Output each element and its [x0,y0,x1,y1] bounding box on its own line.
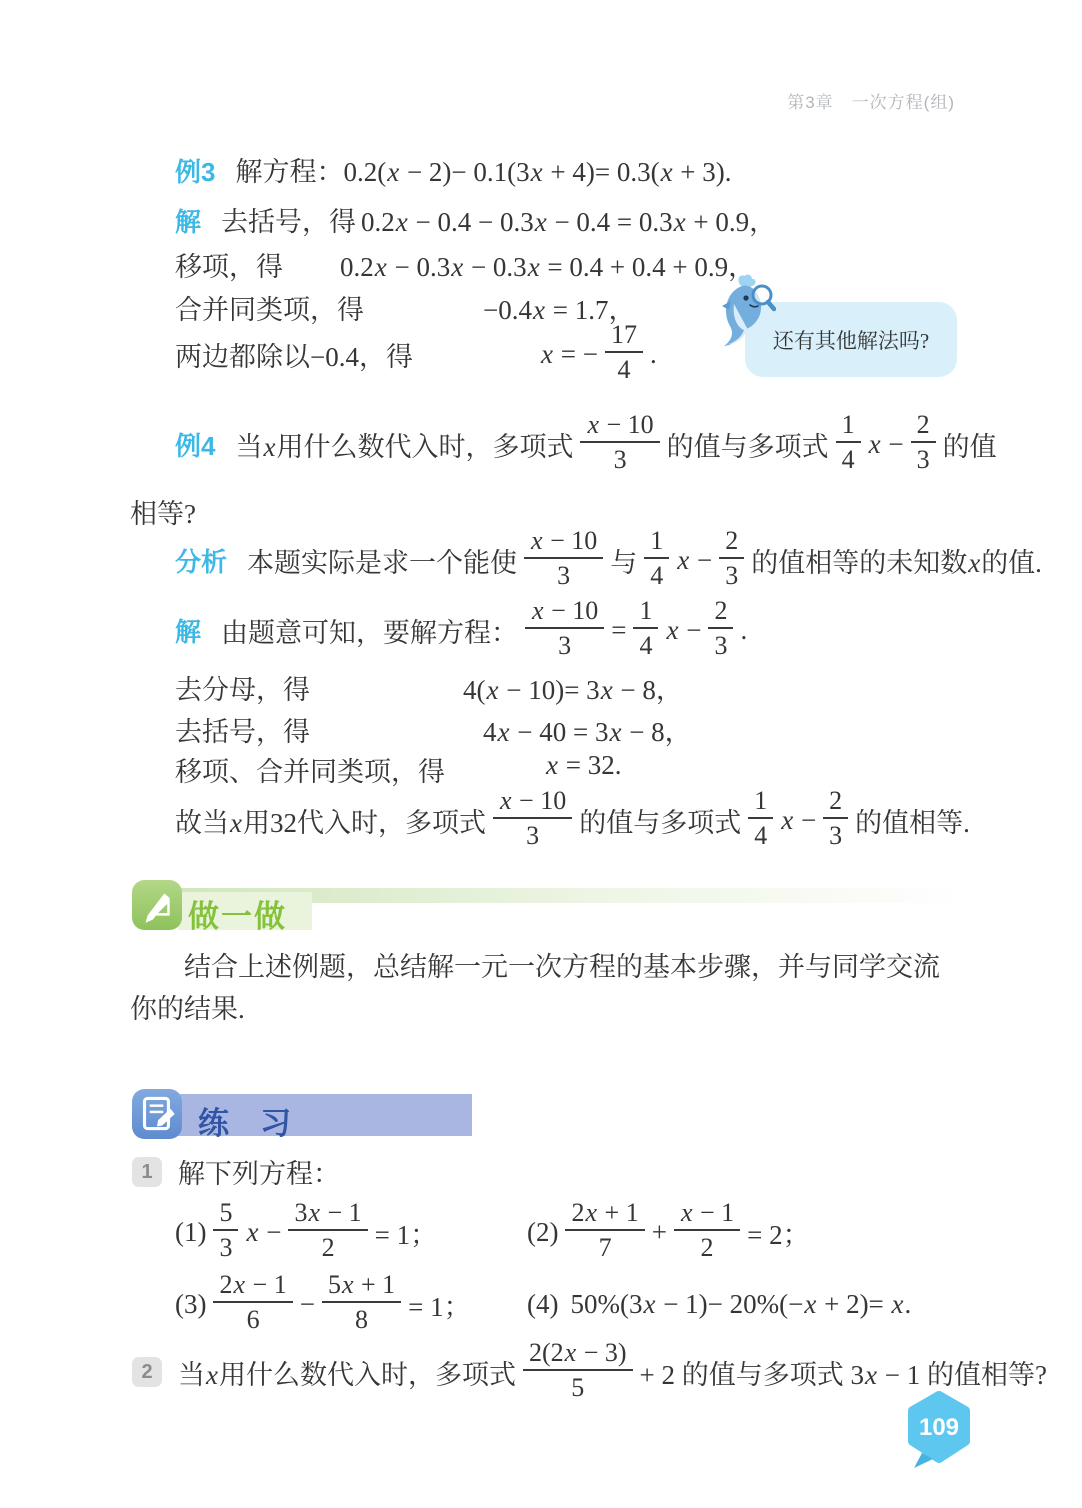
ex4-question-continuation: 相等? [130,492,196,531]
ex3-step4-equation: x = − 17 4 . [540,322,657,386]
ex4-solve-pre: 由题意可知，要解方程： [221,611,518,650]
ex3-step4-eq-pre: x = − [540,339,598,370]
fraction-x-10-3: x − 10 3 [493,786,572,850]
fraction-2x-1-6: 2x − 1 6 [213,1270,292,1334]
equals-sign: = [611,615,626,646]
ex4-step1-lead: 去分母，得 [175,675,310,705]
ex4-analysis-x-minus: x − [676,545,712,576]
eq4-expression: 50%(3x − 1)− 20%(−x + 2)= x. [570,1289,911,1320]
ex3-solve-label: 解 [175,207,201,237]
ex4-step3: 移项、合并同类项，得 x = 32. [175,750,445,789]
speech-bubble: 还有其他解法吗? [745,302,957,377]
ex4-analysis-label: 分析 [175,542,227,579]
dolphin-mascot-icon [712,274,776,350]
ex3-step1-lead: 去括号，得 [221,207,356,237]
fraction-x-1-2: x − 1 2 [674,1198,740,1262]
practice-item-1: 1 解下列方程： [132,1152,340,1191]
ex4-question-post: 的值 [943,425,997,464]
item-number-badge: 1 [132,1157,162,1187]
fraction-x-10-3: x − 10 3 [580,410,659,474]
ex3-problem-line: 例3解方程：0.2(x − 2)− 0.1(3x + 4)= 0.3(x + 3… [175,150,732,189]
fraction-1-4: 1 4 [748,786,773,850]
fraction-5x-1-8: 5x + 1 8 [322,1270,401,1334]
ex4-analysis-post: 的值相等的未知数x的值. [751,541,1042,580]
ex4-step2-lead: 去括号，得 [175,717,310,747]
fraction-1-4: 1 4 [836,410,861,474]
ex4-step3-equation: x = 32. [545,750,621,781]
eq3-post: = 1； [408,1285,470,1324]
ex4-step2: 去括号，得 4x − 40 = 3x − 8， [175,710,310,749]
ex3-step2-equation: 0.2x − 0.3x − 0.3x = 0.4 + 0.4 + 0.9， [340,245,755,284]
fraction-2-3: 2 3 [823,786,848,850]
practice-item2-pre: 当x用什么数代入时，多项式 [178,1353,516,1392]
practice-section-title: 练 习 [198,1098,291,1143]
ex3-step4-lead: 两边都除以−0.4，得 [175,335,413,374]
notebook-pencil-icon [132,1089,182,1144]
page-number-text: 109 [919,1414,959,1441]
speech-bubble-text: 还有其他解法吗? [773,325,929,355]
ex4-step1-equation: 4(x − 10)= 3x − 8， [463,668,683,707]
ex4-conclusion-post: 的值相等. [855,801,970,840]
chapter-header: 第3章 一次方程(组) [787,88,955,113]
ex4-step1: 去分母，得 4(x − 10)= 3x − 8， [175,668,310,707]
eq1-number: (1) [175,1217,206,1248]
practice-equation-1: (1) 5 3 x − 3x − 1 2 = 1； [175,1196,437,1268]
item-number-badge: 2 [132,1357,162,1387]
fraction-1-4: 1 4 [644,526,669,590]
ex4-solve-label: 解 [175,612,201,649]
ex3-step4: 两边都除以−0.4，得 x = − 17 4 . [175,322,413,386]
ex4-solve-post: . [740,615,747,646]
fraction-17-4: 17 4 [605,320,643,384]
fraction-2-2x-3-5: 2(2x − 3) 5 [523,1338,633,1402]
practice-equation-2: (2) 2x + 1 7 + x − 1 2 = 2； [527,1196,810,1268]
practice-equation-4: (4) 50%(3x − 1)− 20%(−x + 2)= x. [527,1268,911,1340]
fraction-2-3: 2 3 [911,410,936,474]
ex3-step4-eq-post: . [650,339,657,370]
do-section-paragraph: 结合上述例题，总结解一元一次方程的基本步骤，并与同学交流你的结果. [130,946,958,1030]
ex3-step3-lead: 合并同类项，得 [175,295,364,325]
ex4-step2-equation: 4x − 40 = 3x − 8， [483,710,692,749]
fraction-2-3: 2 3 [719,526,744,590]
eq1-mid: x − [245,1217,281,1248]
ex4-question-x-minus: x − [868,429,904,460]
practice-item1-text: 解下列方程： [178,1152,340,1191]
fraction-x-10-3: x − 10 3 [524,526,603,590]
ex4-step3-lead: 移项、合并同类项，得 [175,757,445,787]
ex4-analysis-pre: 本题实际是求一个能使 [247,541,517,580]
ex4-question-pre: 当x用什么数代入时，多项式 [235,425,573,464]
eq2-post: = 2； [747,1213,809,1252]
pencil-ruler-icon [132,880,182,935]
fraction-5-3: 5 3 [213,1198,238,1262]
practice-item2-post: + 2 的值与多项式 3x − 1 的值相等? [640,1353,1047,1392]
ex3-equation: 0.2(x − 2)− 0.1(3x + 4)= 0.3(x + 3). [343,157,731,187]
eq2-number: (2) [527,1217,558,1248]
page-number-badge: 109 [903,1390,975,1475]
ex4-question-mid: 的值与多项式 [667,425,829,464]
ex4-problem-line: 例4 当x用什么数代入时，多项式 x − 10 3 的值与多项式 1 4 x −… [175,412,997,476]
do-section-title: 做一做 [188,891,287,936]
eq1-post: = 1； [375,1213,437,1252]
fraction-1-4: 1 4 [633,596,658,660]
ex4-conclusion-mid: 的值与多项式 [579,801,741,840]
fraction-3x-1-2: 3x − 1 2 [288,1198,367,1262]
practice-equation-3: (3) 2x − 1 6 − 5x + 1 8 = 1； [175,1268,471,1340]
fraction-2x-1-7: 2x + 1 7 [565,1198,644,1262]
ex4-analysis-line: 分析 本题实际是求一个能使 x − 10 3 与 1 4 x − 2 3 的值相… [175,528,1042,592]
ex3-step1-equation: 0.2x − 0.4 − 0.3x − 0.4 = 0.3x + 0.9， [361,200,776,239]
ex4-solve-x-minus: x − [665,615,701,646]
practice-equation-row-1: (1) 5 3 x − 3x − 1 2 = 1； (2) 2x + 1 7 +… [0,1196,1082,1268]
eq3-mid: − [300,1289,315,1320]
ex3-step1: 解去括号，得 0.2x − 0.4 − 0.3x − 0.4 = 0.3x + … [175,200,356,239]
ex4-conclusion-x-minus: x − [780,805,816,836]
ex4-solve-line: 解 由题意可知，要解方程： x − 10 3 = 1 4 x − 2 3 . [175,598,747,662]
ex4-label: 例4 [175,426,215,463]
ex3-prompt: 解方程： [235,157,343,187]
ex3-step2-lead: 移项，得 [175,252,283,282]
ex3-step2: 移项，得 0.2x − 0.3x − 0.3x = 0.4 + 0.4 + 0.… [175,245,283,284]
eq4-number: (4) [527,1289,558,1320]
ex4-conclusion-pre: 故当x用32代入时，多项式 [175,801,486,840]
practice-equation-row-2: (3) 2x − 1 6 − 5x + 1 8 = 1； (4) 50%(3x … [0,1268,1082,1340]
ex3-label: 例3 [175,157,215,187]
fraction-2-3: 2 3 [708,596,733,660]
textbook-page: 第3章 一次方程(组) 例3解方程：0.2(x − 2)− 0.1(3x + 4… [0,0,1082,1508]
ex4-analysis-mid: 与 [610,541,637,580]
ex4-conclusion-line: 故当x用32代入时，多项式 x − 10 3 的值与多项式 1 4 x − 2 … [175,788,970,852]
fraction-x-10-3: x − 10 3 [525,596,604,660]
eq2-mid: + [652,1217,667,1248]
eq3-number: (3) [175,1289,206,1320]
